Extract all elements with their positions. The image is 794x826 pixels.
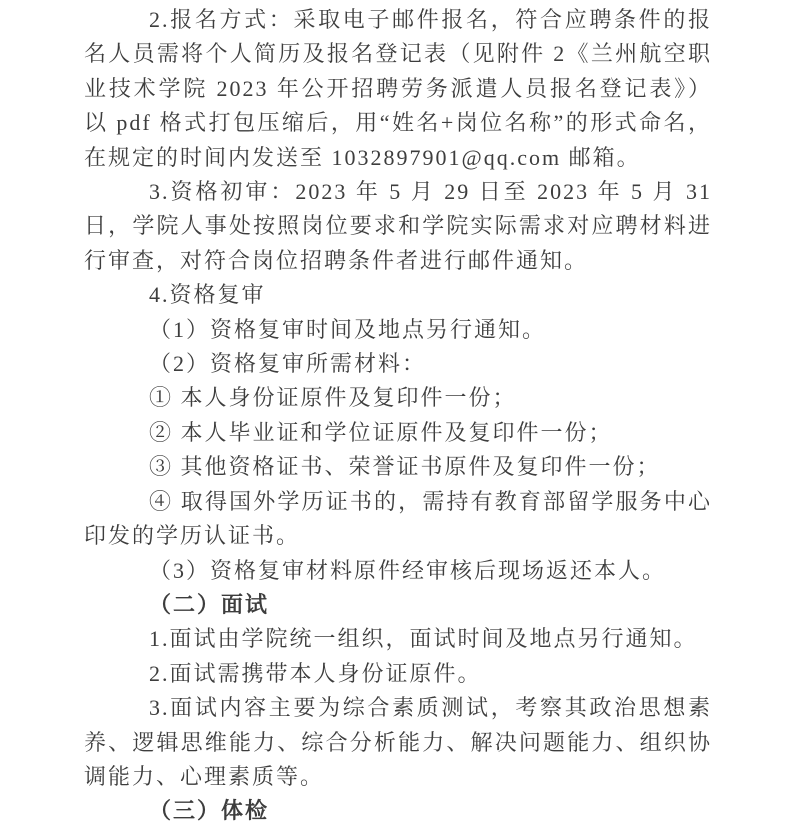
- list-item-id-card: ① 本人身份证原件及复印件一份；: [84, 381, 712, 415]
- list-item-other-certificates: ③ 其他资格证书、荣誉证书原件及复印件一份；: [84, 450, 712, 484]
- list-item-diploma-degree: ② 本人毕业证和学位证原件及复印件一份；: [84, 416, 712, 450]
- para-interview-id-required: 2.面试需携带本人身份证原件。: [84, 657, 712, 691]
- para-initial-qualification-review: 3.资格初审：2023 年 5 月 29 日至 2023 年 5 月 31 日，…: [84, 175, 712, 278]
- document-page: 2.报名方式：采取电子邮件报名，符合应聘条件的报名人员需将个人简历及报名登记表（…: [0, 0, 794, 826]
- list-item-foreign-credentials: ④ 取得国外学历证书的，需持有教育部留学服务中心印发的学历认证书。: [84, 485, 712, 554]
- para-interview-organization: 1.面试由学院统一组织，面试时间及地点另行通知。: [84, 622, 712, 656]
- para-interview-content: 3.面试内容主要为综合素质测试，考察其政治思想素养、逻辑思维能力、综合分析能力、…: [84, 691, 712, 794]
- para-materials-returned: （3）资格复审材料原件经审核后现场返还本人。: [84, 554, 712, 588]
- para-application-method: 2.报名方式：采取电子邮件报名，符合应聘条件的报名人员需将个人简历及报名登记表（…: [84, 3, 712, 175]
- heading-physical-exam: （三）体检: [84, 794, 712, 826]
- para-qualification-recheck: 4.资格复审: [84, 278, 712, 312]
- para-recheck-materials-label: （2）资格复审所需材料：: [84, 347, 712, 381]
- heading-interview: （二）面试: [84, 588, 712, 622]
- para-recheck-time-notice: （1）资格复审时间及地点另行通知。: [84, 313, 712, 347]
